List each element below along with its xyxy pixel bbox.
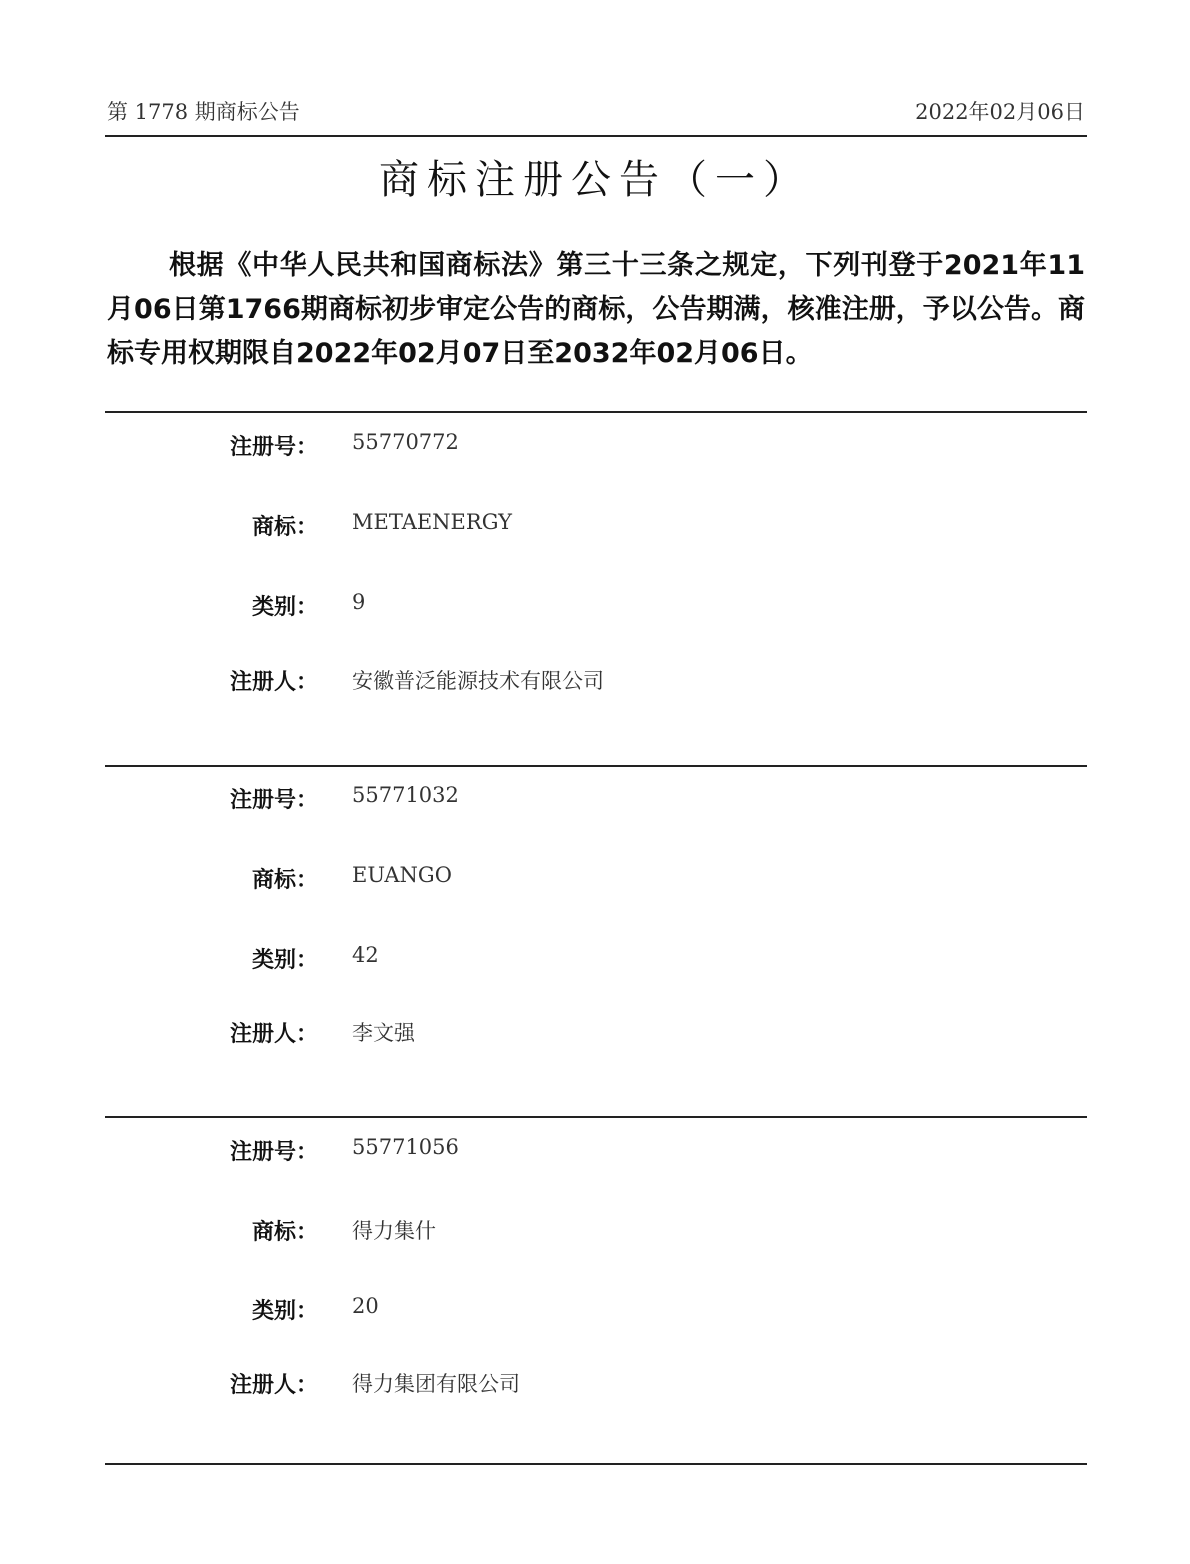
class-label: 类别： bbox=[118, 1294, 318, 1325]
reg-no-row: 注册号： 55770772 bbox=[0, 430, 1190, 460]
class-label: 类别： bbox=[118, 943, 318, 974]
footer-divider bbox=[105, 1463, 1087, 1465]
entry-divider bbox=[105, 765, 1087, 767]
registrant-value: 得力集团有限公司 bbox=[352, 1368, 520, 1398]
reg-no-row: 注册号： 55771056 bbox=[0, 1135, 1190, 1165]
mark-row: 商标： METAENERGY bbox=[0, 510, 1190, 540]
class-value: 9 bbox=[352, 590, 365, 614]
registrant-value: 李文强 bbox=[352, 1017, 415, 1047]
mark-value: METAENERGY bbox=[352, 510, 512, 534]
mark-row: 商标： 得力集什 bbox=[0, 1215, 1190, 1245]
entry-divider bbox=[105, 1116, 1087, 1118]
class-row: 类别： 42 bbox=[0, 943, 1190, 973]
mark-value: 得力集什 bbox=[352, 1215, 436, 1245]
registrant-row: 注册人： 安徽普泛能源技术有限公司 bbox=[0, 665, 1190, 695]
issue-number: 第 1778 期商标公告 bbox=[107, 96, 300, 126]
mark-label: 商标： bbox=[118, 510, 318, 541]
reg-no-value: 55770772 bbox=[352, 430, 459, 454]
registrant-label: 注册人： bbox=[118, 1368, 318, 1399]
class-row: 类别： 9 bbox=[0, 590, 1190, 620]
registrant-row: 注册人： 得力集团有限公司 bbox=[0, 1368, 1190, 1398]
intro-paragraph: 根据《中华人民共和国商标法》第三十三条之规定，下列刊登于2021年11月06日第… bbox=[107, 244, 1085, 376]
registrant-row: 注册人： 李文强 bbox=[0, 1017, 1190, 1047]
reg-no-label: 注册号： bbox=[118, 430, 318, 461]
mark-label: 商标： bbox=[118, 863, 318, 894]
mark-value: EUANGO bbox=[352, 863, 452, 887]
entry-divider bbox=[105, 411, 1087, 413]
reg-no-value: 55771056 bbox=[352, 1135, 459, 1159]
page-title: 商标注册公告（一） bbox=[0, 148, 1190, 205]
header-divider bbox=[105, 135, 1087, 137]
registrant-value: 安徽普泛能源技术有限公司 bbox=[352, 665, 604, 695]
class-label: 类别： bbox=[118, 590, 318, 621]
class-value: 42 bbox=[352, 943, 379, 967]
reg-no-label: 注册号： bbox=[118, 783, 318, 814]
reg-no-row: 注册号： 55771032 bbox=[0, 783, 1190, 813]
page-header: 第 1778 期商标公告 2022年02月06日 bbox=[107, 96, 1085, 126]
registrant-label: 注册人： bbox=[118, 665, 318, 696]
class-value: 20 bbox=[352, 1294, 379, 1318]
issue-date: 2022年02月06日 bbox=[915, 96, 1085, 126]
reg-no-value: 55771032 bbox=[352, 783, 459, 807]
mark-row: 商标： EUANGO bbox=[0, 863, 1190, 893]
class-row: 类别： 20 bbox=[0, 1294, 1190, 1324]
mark-label: 商标： bbox=[118, 1215, 318, 1246]
reg-no-label: 注册号： bbox=[118, 1135, 318, 1166]
registrant-label: 注册人： bbox=[118, 1017, 318, 1048]
